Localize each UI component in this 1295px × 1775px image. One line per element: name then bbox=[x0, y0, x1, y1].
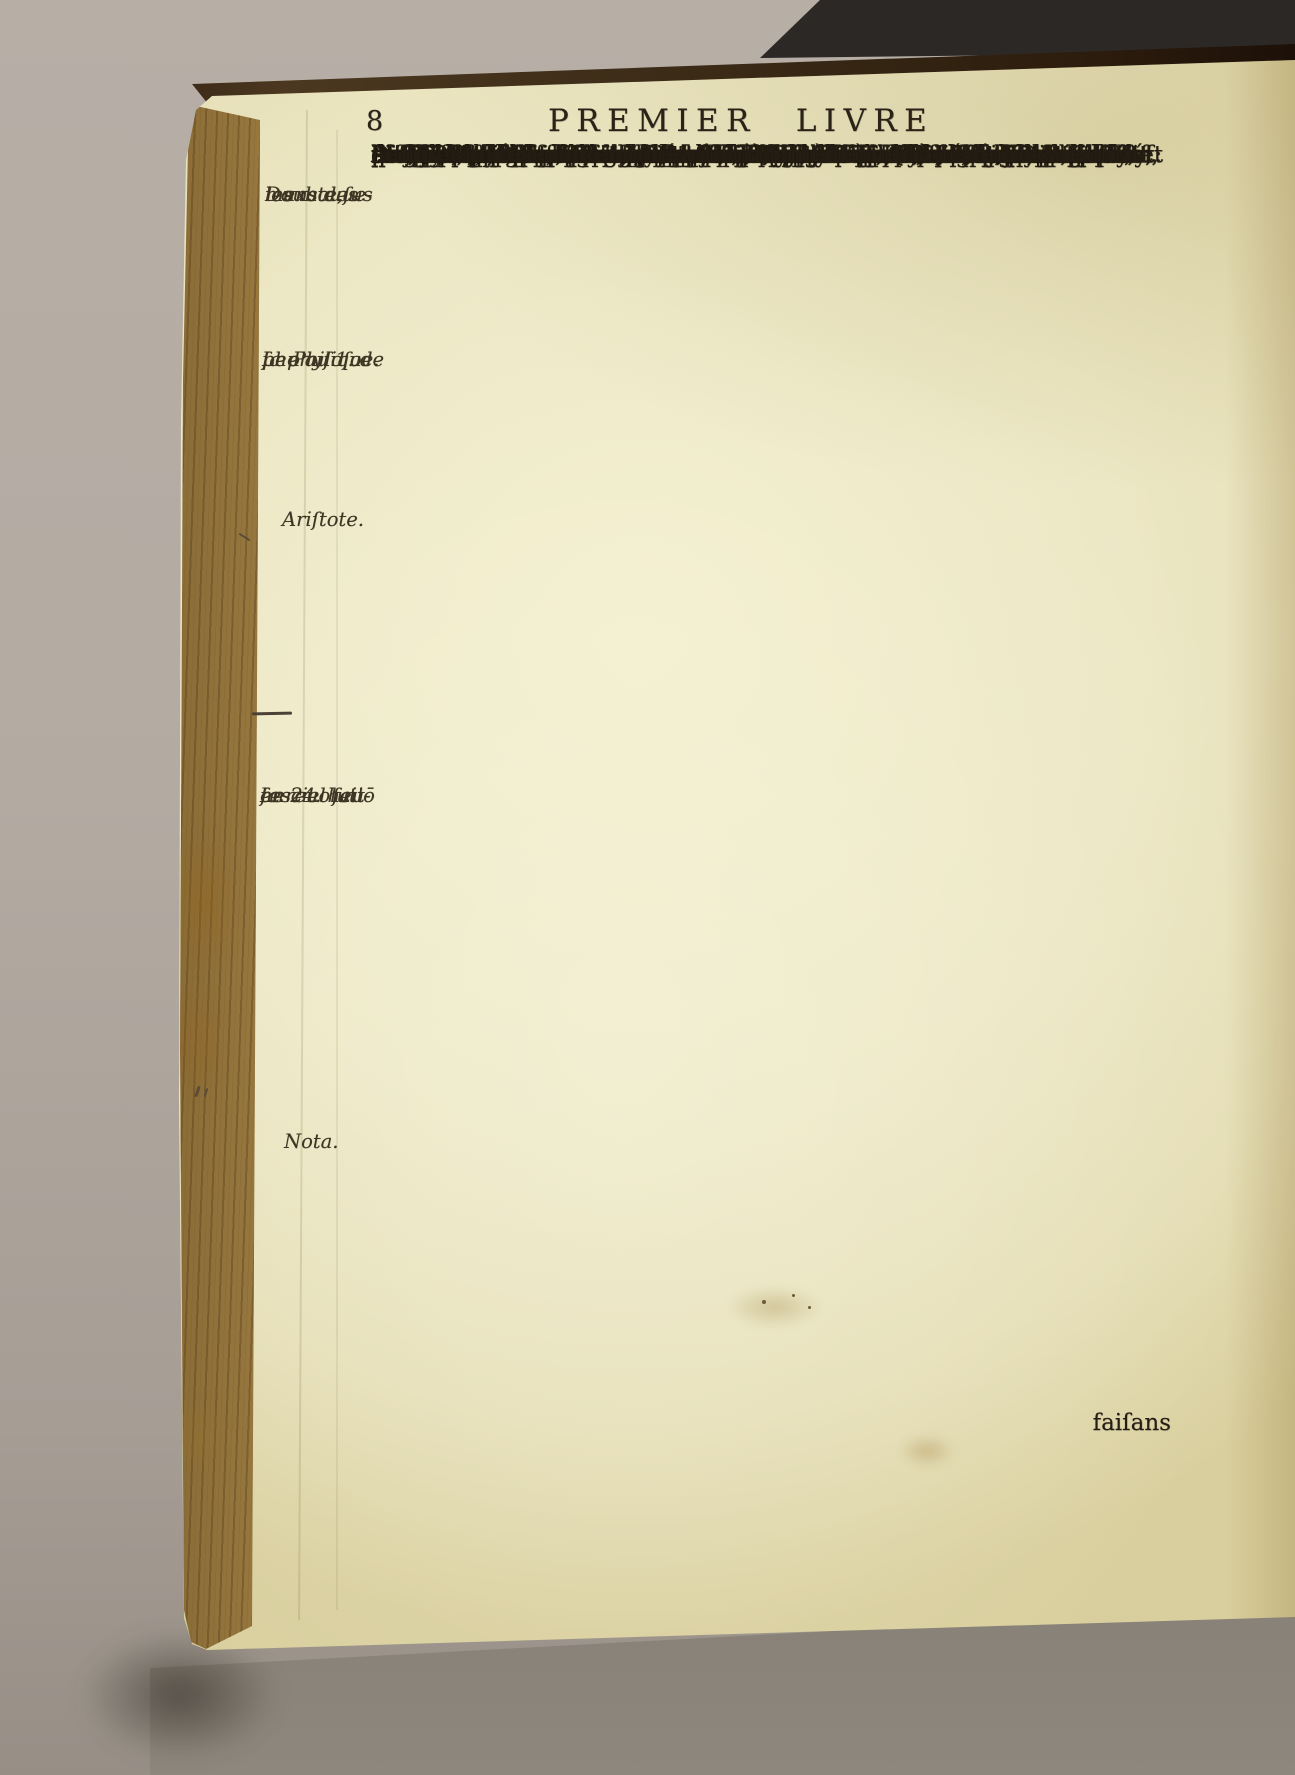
book-page bbox=[0, 0, 1295, 1775]
running-title: PREMIER LIVRE bbox=[548, 103, 934, 139]
ink-speck bbox=[762, 1300, 766, 1304]
text-line: au my-ciel : & deſcendent vniformement p… bbox=[371, 142, 1131, 174]
margin-note-line: Ariſtote. bbox=[282, 506, 364, 533]
margin-note-line: Nota. bbox=[284, 1128, 338, 1155]
ink-speck bbox=[792, 1294, 795, 1297]
stain bbox=[172, 828, 238, 978]
margin-note-line: res. bbox=[260, 782, 297, 809]
margin-note-line: ſa phyſique. bbox=[262, 346, 379, 373]
catchword: faiſans bbox=[371, 1410, 1171, 1436]
stain bbox=[898, 1434, 956, 1468]
stain bbox=[176, 1398, 228, 1472]
book-scan-photo: 8 PREMIER LIVRE de lieu ſelon ſon tout,t… bbox=[0, 0, 1295, 1775]
ink-speck bbox=[808, 1306, 811, 1309]
corner-shadow bbox=[80, 1630, 280, 1760]
page-number: 8 bbox=[366, 106, 383, 137]
margin-note-line: ieux. bbox=[265, 181, 313, 208]
